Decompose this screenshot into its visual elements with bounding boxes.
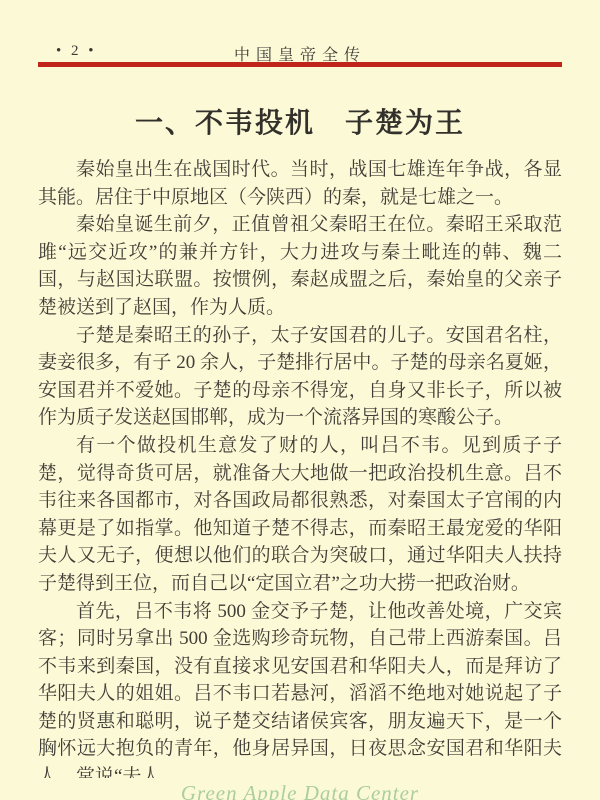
chapter-title: 一、不韦投机 子楚为王 — [0, 101, 600, 141]
paragraph-4: 有一个做投机生意发了财的人，叫吕不韦。见到质子子楚，觉得奇货可居，就准备大大地做… — [38, 432, 562, 598]
book-page: • 2 • 中国皇帝全传 一、不韦投机 子楚为王 秦始皇出生在战国时代。当时，战… — [0, 0, 600, 800]
body-text: 秦始皇出生在战国时代。当时，战国七雄连年争战，各显其能。居住于中原地区（今陕西）… — [38, 156, 562, 778]
page-header: • 2 • 中国皇帝全传 — [38, 42, 562, 62]
header-rule-divider — [38, 62, 562, 67]
paragraph-3: 子楚是秦昭王的孙子，太子安国君的儿子。安国君名柱，妻妾很多，有子 20 余人，子… — [38, 322, 562, 432]
paragraph-5: 首先，吕不韦将 500 金交予子楚，让他改善处境，广交宾客；同时另拿出 500 … — [38, 598, 562, 779]
watermark: Green Apple Data Center — [0, 781, 600, 800]
paragraph-1: 秦始皇出生在战国时代。当时，战国七雄连年争战，各显其能。居住于中原地区（今陕西）… — [38, 156, 562, 211]
paragraph-2: 秦始皇诞生前夕，正值曾祖父秦昭王在位。秦昭王采取范雎“远交近攻”的兼并方针，大力… — [38, 211, 562, 321]
